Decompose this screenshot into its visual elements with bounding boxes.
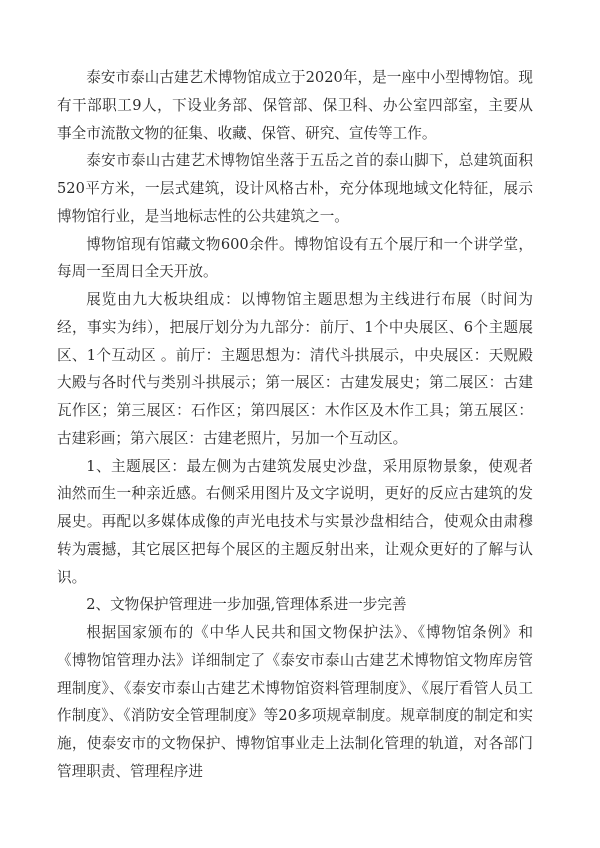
paragraph-regulations: 根据国家颁布的《中华人民共和国文物保护法》、《博物馆条例》和《博物馆管理办法》详… [57,619,533,786]
section-heading-management: 2、文物保护管理进一步加强,管理体系进一步完善 [57,591,533,619]
paragraph-founding: 泰安市泰山古建艺术博物馆成立于2020年，是一座中小型博物馆。现有干部职工9人，… [57,64,533,147]
paragraph-theme-area: 1、主题展区：最左侧为古建筑发展史沙盘，采用原物景象，使观者油然而生一种亲近感。… [57,453,533,592]
paragraph-exhibition-layout: 展览由九大板块组成：以博物馆主题思想为主线进行布展（时间为经，事实为纬），把展厅… [57,286,533,453]
paragraph-location: 泰安市泰山古建艺术博物馆坐落于五岳之首的泰山脚下，总建筑面积520平方米，一层式… [57,147,533,230]
paragraph-collection: 博物馆现有馆藏文物600余件。博物馆设有五个展厅和一个讲学堂，每周一至周日全天开… [57,231,533,287]
document-page: 泰安市泰山古建艺术博物馆成立于2020年，是一座中小型博物馆。现有干部职工9人，… [57,64,533,786]
